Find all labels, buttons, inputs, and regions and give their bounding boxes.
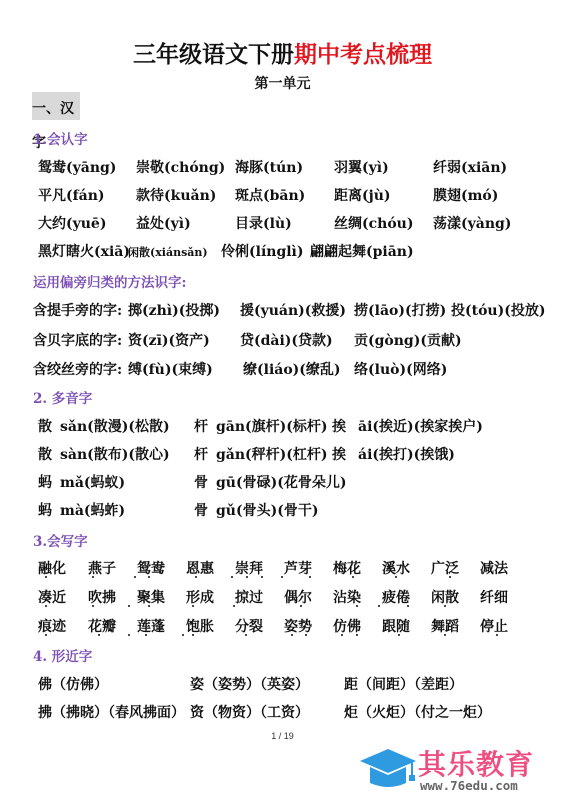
- write-word: 闲散: [431, 587, 459, 607]
- radical-label: 含提手旁的字:: [33, 300, 122, 320]
- write-word: 姿势: [284, 616, 312, 636]
- similar-item: 炬（火炬）（付之一炬）: [344, 702, 491, 722]
- word-item: 翩翩起舞(piān): [310, 241, 414, 261]
- poly-reading: gǎn(秤杆)(杠杆): [216, 444, 328, 464]
- poly-char: 骨: [194, 500, 208, 520]
- similar-item: 距（间距）（差距）: [344, 674, 463, 694]
- word-item: 距离(jù): [334, 185, 391, 205]
- similar-item: 佛（仿佛）: [38, 674, 108, 694]
- graduation-cap-icon: [358, 745, 418, 795]
- poly-char: 挨: [332, 444, 346, 464]
- radical-item: 贷(dài)(贷款): [240, 330, 333, 350]
- similar-item: 姿（姿势）（英姿）: [190, 674, 309, 694]
- word-item: 闲散(xiánsǎn): [128, 244, 208, 260]
- subheading-polyphone: 2. 多音字: [33, 387, 92, 407]
- word-item: 黑灯瞎火(xiā): [38, 241, 130, 261]
- page-indicator: 1 / 19: [0, 731, 565, 741]
- write-word: 停止: [480, 616, 508, 636]
- poly-char: 散: [38, 444, 52, 464]
- word-item: 羽翼(yì): [334, 157, 389, 177]
- radical-item: 捞(lāo)(打捞): [354, 300, 446, 320]
- write-word: 偶尔: [284, 587, 312, 607]
- word-item: 丝绸(chóu): [334, 213, 413, 233]
- radical-label: 含贝字底的字:: [33, 330, 122, 350]
- similar-item: 拂（拂晓）（春风拂面）: [38, 702, 185, 722]
- radical-item: 缭(liáo)(缭乱): [243, 359, 341, 379]
- word-item: 款待(kuǎn): [136, 185, 216, 205]
- radical-item: 贡(gòng)(贡献): [354, 330, 462, 350]
- poly-char: 杆: [194, 444, 208, 464]
- write-word: 芦芽: [284, 558, 312, 578]
- subheading-write: 3.会写字: [33, 530, 88, 550]
- poly-char: 杆: [194, 416, 208, 436]
- word-item: 崇敬(chóng): [136, 157, 225, 177]
- write-word: 掠过: [235, 587, 263, 607]
- write-word: 广泛: [431, 558, 459, 578]
- write-word: 聚集: [137, 587, 165, 607]
- poly-char: 蚂: [38, 472, 52, 492]
- write-word: 融化: [38, 558, 66, 578]
- radical-item: 援(yuán)(救援): [240, 300, 346, 320]
- write-word: 痕迹: [38, 616, 66, 636]
- write-word: 疲倦: [382, 587, 410, 607]
- write-word: 跟随: [382, 616, 410, 636]
- word-item: 平凡(fán): [38, 185, 105, 205]
- word-item: 大约(yuē): [38, 213, 106, 233]
- write-word: 梅花: [333, 558, 361, 578]
- watermark-logo: 其乐教育 www.76edu.com: [358, 745, 563, 800]
- subheading-similar: 4. 形近字: [33, 645, 92, 665]
- write-word: 形成: [186, 587, 214, 607]
- write-word: 恩惠: [186, 558, 214, 578]
- word-item: 荡漾(yàng): [433, 213, 511, 233]
- write-word: 凑近: [38, 587, 66, 607]
- word-item: 伶俐(línglì): [221, 241, 304, 261]
- poly-char: 挨: [332, 416, 346, 436]
- write-word: 分裂: [235, 616, 263, 636]
- unit-heading: 第一单元: [0, 73, 565, 93]
- write-word: 饱胀: [186, 616, 214, 636]
- radical-item: 缚(fù)(束缚): [128, 359, 213, 379]
- poly-reading: gǔ(骨头)(骨干): [216, 500, 318, 520]
- poly-reading: gān(旗杆)(标杆): [216, 416, 328, 436]
- word-item: 斑点(bān): [235, 185, 305, 205]
- word-item: 纤弱(xiān): [433, 157, 507, 177]
- similar-item: 资（物资）（工资）: [190, 702, 309, 722]
- write-word: 舞蹈: [431, 616, 459, 636]
- write-word: 沾染: [333, 587, 361, 607]
- poly-char: 骨: [194, 472, 208, 492]
- section-heading-hanzi: 一、汉字: [32, 92, 80, 120]
- radical-item: 络(luò)(网络): [354, 359, 447, 379]
- word-item: 益处(yì): [136, 213, 191, 233]
- radical-item: 资(zī)(资产): [128, 330, 210, 350]
- watermark-brand: 其乐教育: [418, 743, 534, 783]
- poly-reading: gū(骨碌)(花骨朵儿): [216, 472, 346, 492]
- watermark-url: www.76edu.com: [420, 778, 518, 793]
- write-word: 花瓣: [88, 616, 116, 636]
- document-title: 三年级语文下册期中考点梳理: [0, 36, 565, 69]
- radical-item: 掷(zhì)(投掷): [128, 300, 220, 320]
- write-word: 莲蓬: [137, 616, 165, 636]
- poly-reading: sǎn(散漫)(松散): [60, 416, 170, 436]
- word-item: 鸳鸯(yāng): [38, 157, 116, 177]
- write-word: 溪水: [382, 558, 410, 578]
- radical-item: 投(tóu)(投放): [451, 300, 545, 320]
- poly-char: 散: [38, 416, 52, 436]
- poly-reading: mǎ(蚂蚁): [60, 472, 125, 492]
- poly-reading: sàn(散布)(散心): [60, 444, 170, 464]
- radical-label: 含绞丝旁的字:: [33, 359, 122, 379]
- word-item: 目录(lù): [235, 213, 292, 233]
- write-word: 鸳鸯: [137, 558, 165, 578]
- poly-char: 蚂: [38, 500, 52, 520]
- word-item: 海豚(tún): [235, 157, 303, 177]
- title-black: 三年级语文下册: [133, 41, 294, 68]
- word-item: 膜翅(mó): [433, 185, 498, 205]
- write-word: 燕子: [88, 558, 116, 578]
- write-word: 仿佛: [333, 616, 361, 636]
- subheading-recognize: 1.会认字: [33, 128, 88, 148]
- write-word: 崇拜: [235, 558, 263, 578]
- poly-reading: mà(蚂蚱): [60, 500, 125, 520]
- write-word: 吹拂: [88, 587, 116, 607]
- write-word: 纤细: [480, 587, 508, 607]
- write-word: 减法: [480, 558, 508, 578]
- subheading-radicals: 运用偏旁归类的方法识字:: [33, 271, 186, 291]
- title-red: 期中考点梳理: [294, 41, 432, 68]
- poly-reading: ái(挨打)(挨饿): [358, 444, 455, 464]
- poly-reading: āi(挨近)(挨家挨户): [358, 416, 483, 436]
